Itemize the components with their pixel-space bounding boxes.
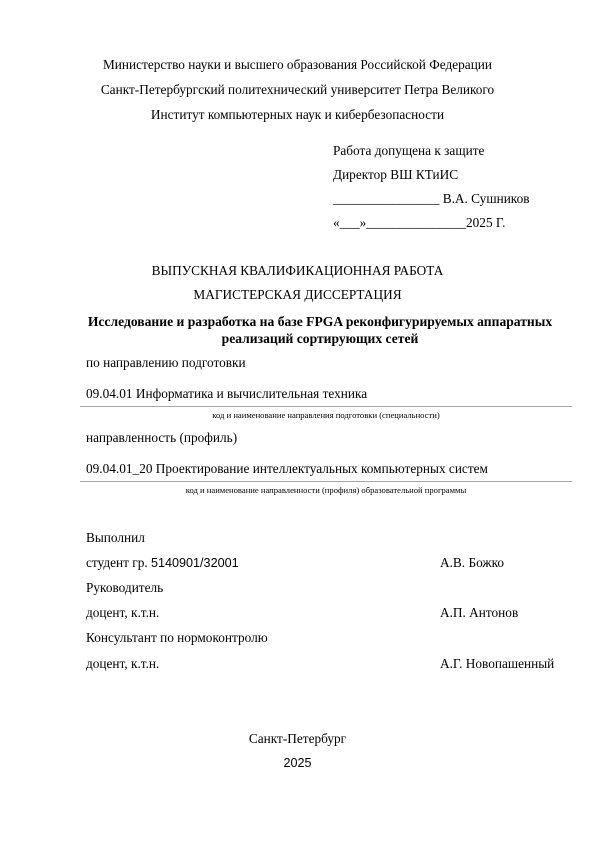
profile-label: направленность (профиль) bbox=[86, 430, 237, 446]
ministry-name: Министерство науки и высшего образования… bbox=[0, 57, 595, 73]
consultant-title: доцент, к.т.н. bbox=[86, 656, 159, 672]
approval-director-title: Директор ВШ КТиИС bbox=[333, 167, 458, 183]
profile-value: 09.04.01_20 Проектирование интеллектуаль… bbox=[86, 461, 488, 477]
approval-admitted: Работа допущена к защите bbox=[333, 143, 484, 159]
institute-name: Институт компьютерных наук и кибербезопа… bbox=[0, 107, 595, 123]
signature-blank: ________________ bbox=[333, 191, 439, 206]
direction-value: 09.04.01 Информатика и вычислительная те… bbox=[86, 386, 367, 402]
footer-city: Санкт-Петербург bbox=[0, 731, 595, 747]
date-month-blank: _______________ bbox=[366, 215, 466, 230]
consultant-name: А.Г. Новопашенный bbox=[440, 656, 554, 672]
direction-caption: код и наименование направления подготовк… bbox=[80, 410, 572, 420]
date-open-quote: « bbox=[333, 215, 340, 230]
consultant-label: Консультант по нормоконтролю bbox=[86, 630, 268, 646]
work-subtype: МАГИСТЕРСКАЯ ДИССЕРТАЦИЯ bbox=[0, 287, 595, 303]
direction-label: по направлению подготовки bbox=[86, 355, 246, 371]
approval-date-line: «___»_______________2025 Г. bbox=[333, 215, 505, 231]
profile-underline bbox=[80, 481, 572, 482]
supervisor-name: А.П. Антонов bbox=[440, 605, 518, 621]
supervisor-title: доцент, к.т.н. bbox=[86, 605, 159, 621]
student-group: 5140901/32001 bbox=[151, 556, 239, 570]
university-name: Санкт-Петербургский политехнический унив… bbox=[0, 82, 595, 98]
direction-underline bbox=[80, 406, 572, 407]
supervisor-label: Руководитель bbox=[86, 580, 163, 596]
approval-signature-line: ________________ В.А. Сушников bbox=[333, 191, 530, 207]
date-day-blank: ___ bbox=[340, 215, 360, 230]
profile-caption: код и наименование направленности (профи… bbox=[80, 485, 572, 495]
date-year: 2025 Г. bbox=[466, 215, 505, 230]
student-line: студент гр. 5140901/32001 bbox=[86, 555, 239, 571]
student-name: А.В. Божко bbox=[440, 555, 504, 571]
thesis-topic: Исследование и разработка на базе FPGA р… bbox=[60, 313, 580, 347]
director-name: В.А. Сушников bbox=[443, 191, 530, 206]
performed-label: Выполнил bbox=[86, 530, 145, 546]
student-prefix: студент гр. bbox=[86, 555, 151, 570]
work-type: ВЫПУСКНАЯ КВАЛИФИКАЦИОННАЯ РАБОТА bbox=[0, 263, 595, 279]
footer-year: 2025 bbox=[0, 756, 595, 770]
